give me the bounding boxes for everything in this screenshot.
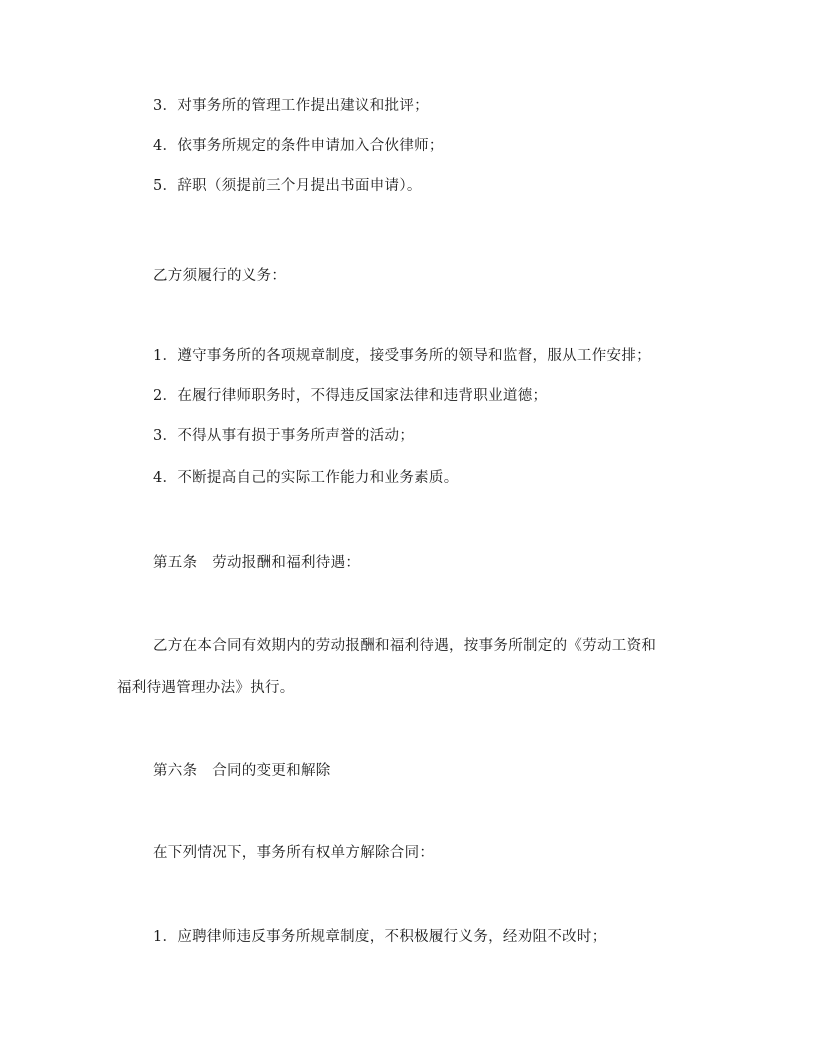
article-5-heading: 第五条 劳动报酬和福利待遇： [153,553,360,573]
article-5-paragraph-line-2: 福利待遇管理办法》执行。 [117,678,295,698]
duty-item-4: 4．不断提高自己的实际工作能力和业务素质。 [153,468,459,488]
termination-item-1: 1．应聘律师违反事务所规章制度，不积极履行义务，经劝阻不改时； [153,927,607,947]
obligation-rights-item-4: 4．依事务所规定的条件申请加入合伙律师； [153,136,444,156]
party-b-duties-heading: 乙方须履行的义务： [153,266,286,286]
duty-item-2: 2．在履行律师职务时，不得违反国家法律和违背职业道德； [153,386,547,406]
article-5-paragraph-line-1: 乙方在本合同有效期内的劳动报酬和福利待遇，按事务所制定的《劳动工资和 [153,636,656,656]
obligation-rights-item-5: 5．辞职（须提前三个月提出书面申请）。 [153,176,422,196]
article-6-heading: 第六条 合同的变更和解除 [153,761,331,781]
termination-intro: 在下列情况下，事务所有权单方解除合同： [153,843,434,863]
obligation-rights-item-3: 3．对事务所的管理工作提出建议和批评； [153,96,429,116]
duty-item-1: 1．遵守事务所的各项规章制度，接受事务所的领导和监督，服从工作安排； [153,346,651,366]
duty-item-3: 3．不得从事有损于事务所声誉的活动； [153,426,414,446]
